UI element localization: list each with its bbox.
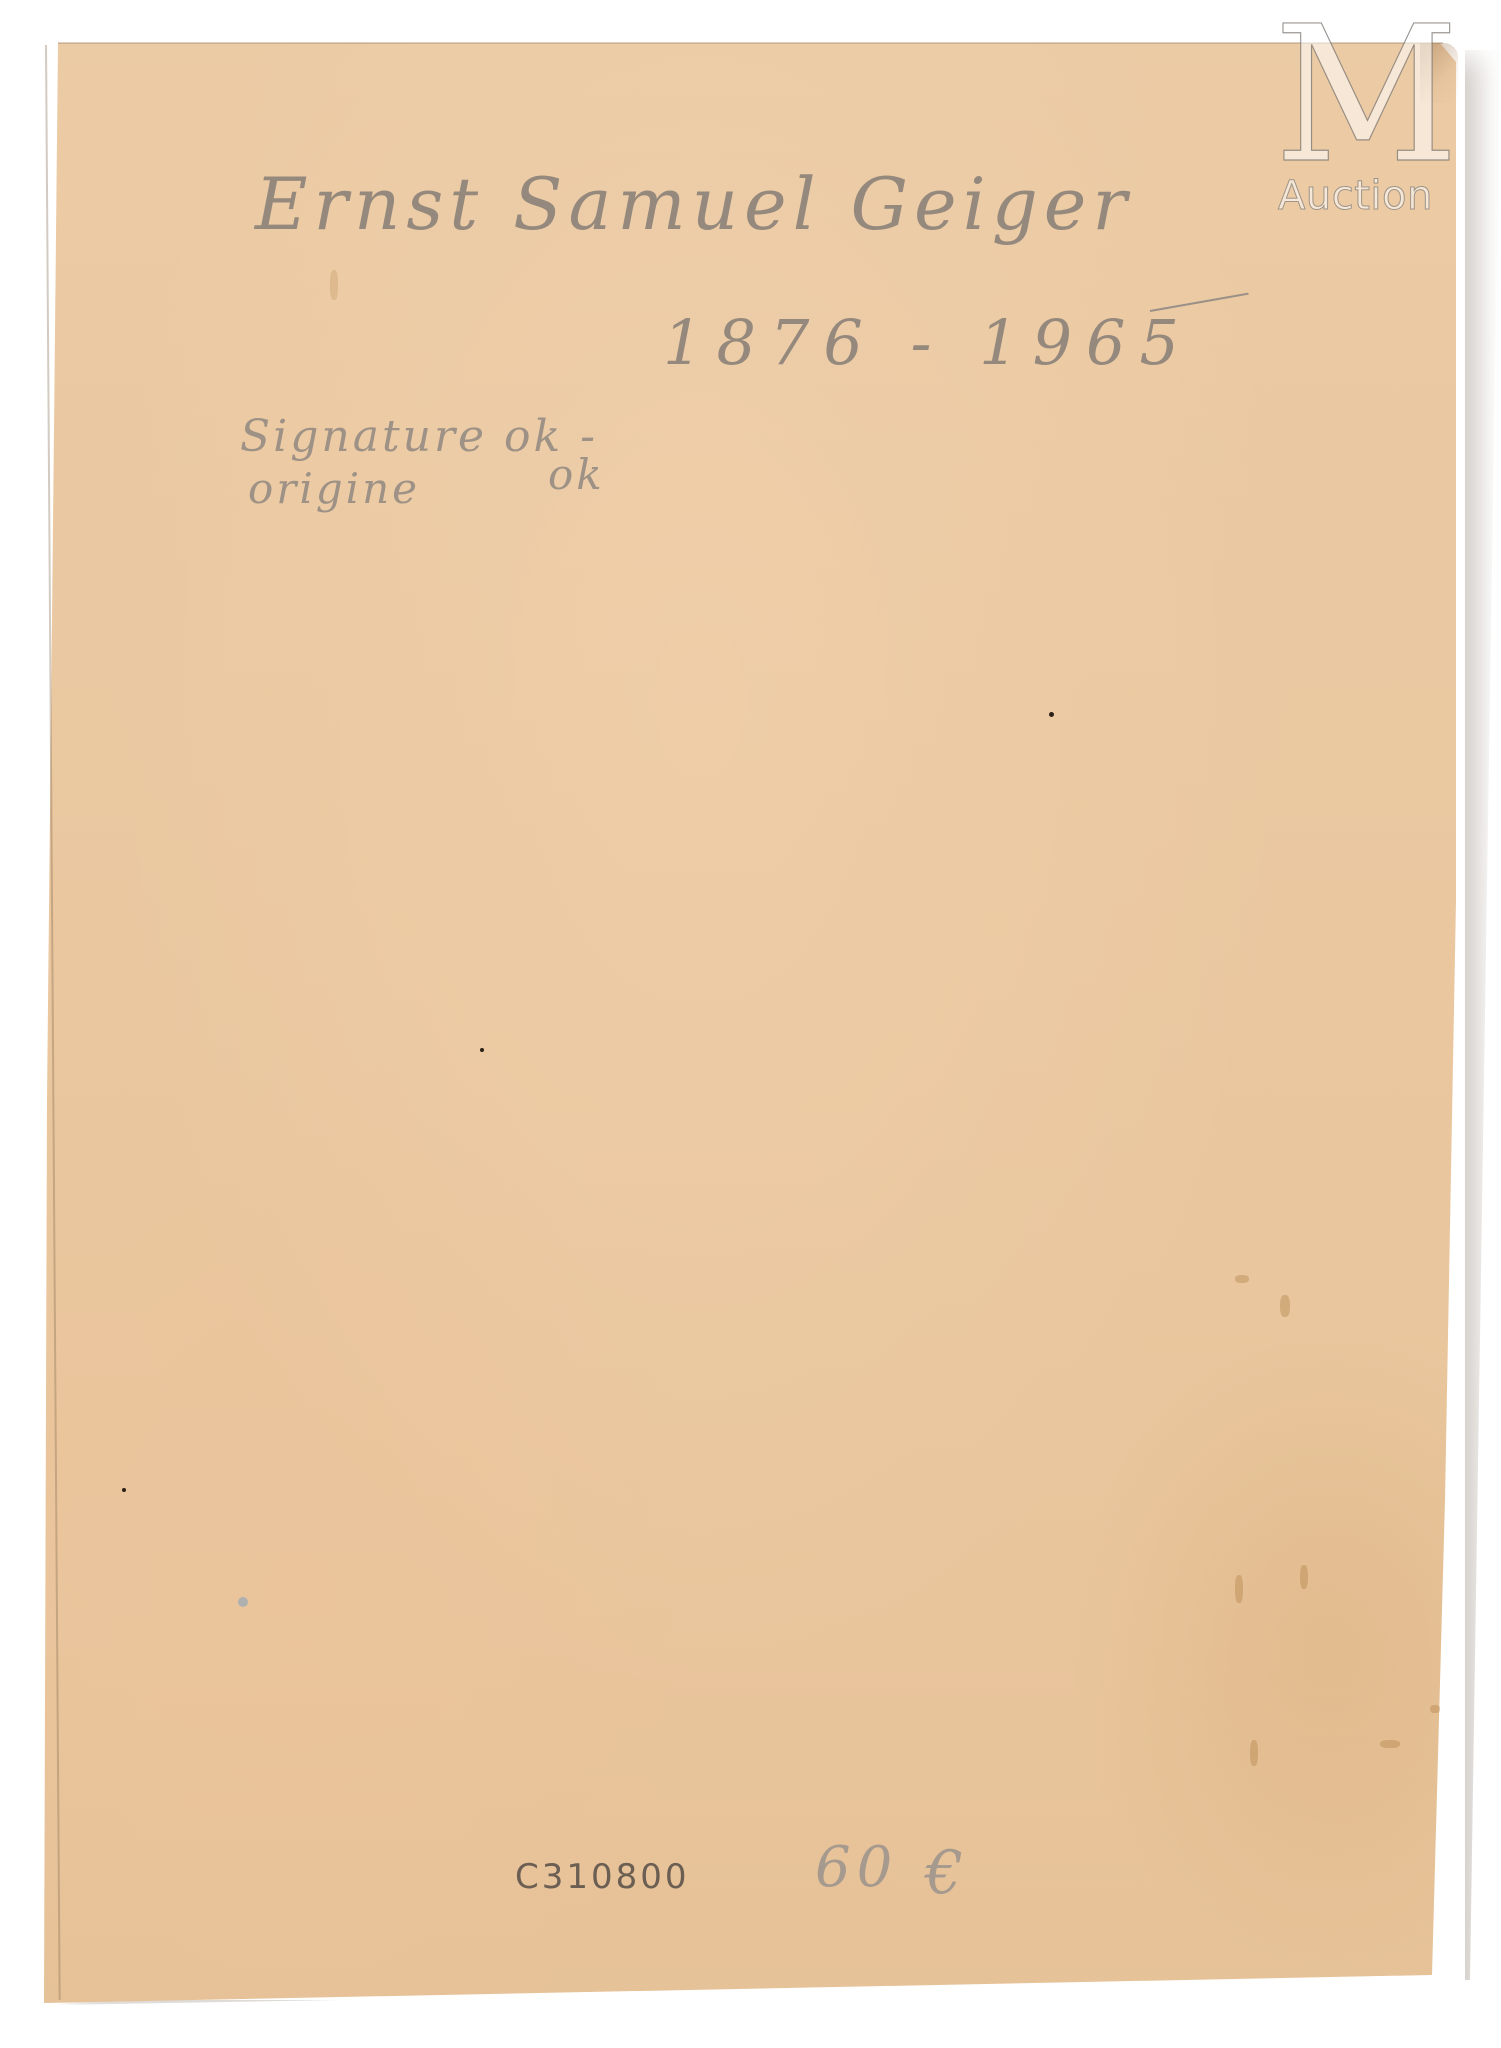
paper-stain — [1235, 1275, 1249, 1283]
logo-word-auction: Auction — [1278, 176, 1433, 216]
origine-word: origine — [248, 464, 420, 513]
origine-ok-note: origine ok — [248, 468, 420, 510]
artist-dates-inscription: 1876 - 1965 — [663, 312, 1193, 374]
paper-top-edge — [58, 42, 1443, 44]
paper-speck — [238, 1597, 248, 1607]
paper-stain — [1300, 1565, 1308, 1589]
origine-ok-word: ok — [548, 454, 605, 496]
reference-number: C310800 — [515, 1860, 690, 1894]
paper-speck — [122, 1488, 126, 1492]
paper-stain — [1280, 1295, 1290, 1317]
paper-speck — [480, 1048, 484, 1052]
price-inscription: 60 — [815, 1840, 898, 1896]
paper-stain — [1235, 1575, 1243, 1603]
paper-speck — [1049, 712, 1054, 717]
auction-house-watermark-logo: M Auction — [1262, 0, 1482, 230]
signature-ok-note: Signature ok - — [240, 415, 598, 459]
paper-stain — [1380, 1740, 1400, 1748]
photo-stage: Ernst Samuel Geiger 1876 - 1965 Signatur… — [0, 0, 1501, 2048]
paper-stain — [1430, 1705, 1440, 1713]
logo-letter-m: M — [1274, 2, 1459, 190]
paper-stain — [330, 270, 338, 300]
paper-stain — [1250, 1740, 1258, 1766]
euro-symbol: € — [925, 1843, 965, 1903]
artist-name-inscription: Ernst Samuel Geiger — [255, 168, 1133, 240]
